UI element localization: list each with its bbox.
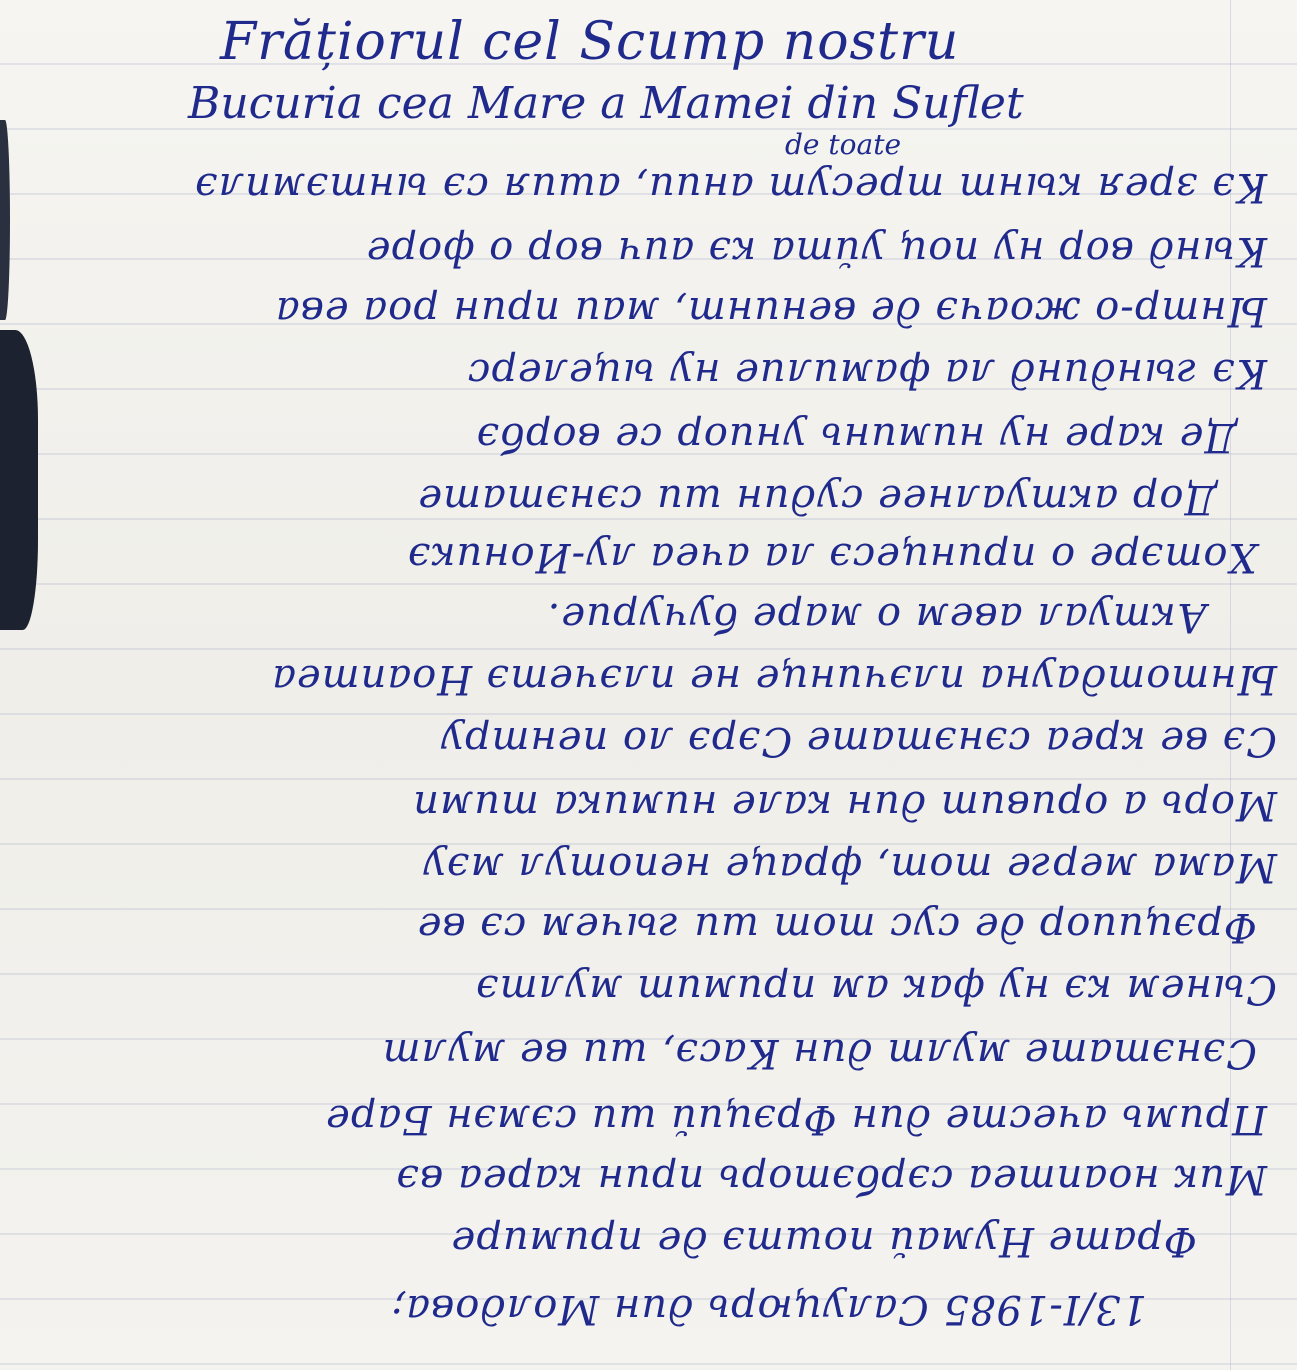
letter-line: Ынтотдауна плэчинце не плэчетэ Ноаптеа (0, 650, 1297, 710)
letter-line-text: Морь а оривит дин кале нимика тимп (412, 782, 1277, 828)
letter-line: Мама мерге тот, фраце непотул мэу (0, 838, 1297, 898)
letter-line-text: Де каре ну ниминь униор се ворбэ (476, 414, 1237, 460)
letter-line-text: Сэ ве креа сэнэтате Сэрэ ло пентру (440, 718, 1277, 764)
letter-line-text: 13/I-1985 Салуцюрь дин Молдова; (391, 1286, 1147, 1332)
letter-line-text: Кэ зрея кынт тресут ании, ашия сэ ынтэмп… (194, 164, 1267, 210)
letter-line-text: Сэнэтате мулт дин Касэ, ши ве мулт (382, 1030, 1257, 1076)
letter-line: Дор актуалнее судин ши сэнэтате (0, 470, 1297, 530)
letter-line-text: Сынем кэ ну фак ам примит мултэ (475, 966, 1277, 1012)
letter-line: Кэ зрея кынт тресут ании, ашия сэ ынтэмп… (0, 158, 1297, 218)
letter-line-text: Мик ноаптеа сэрбэторь прин кареа вэ (396, 1156, 1267, 1202)
header-line-1: Frățiorul cel Scump nostru (220, 12, 959, 72)
letter-line: Хотэре о принцесэ ла ачеа лу-Ионикэ (0, 528, 1297, 588)
letter-line: 13/I-1985 Салуцюрь дин Молдова; (0, 1280, 1297, 1340)
letter-line: Сэнэтате мулт дин Касэ, ши ве мулт (0, 1024, 1297, 1084)
letter-line: Актуал авем о маре бучурие. (0, 588, 1297, 648)
header-line-2: Bucuria cea Mare a Mamei din Suflet (188, 78, 1024, 129)
letter-line: Сынем кэ ну фак ам примит мултэ (0, 960, 1297, 1020)
letter-line-text: Фрэцииор де сус тот ши гычем сэ ве (417, 904, 1257, 950)
letter-line-text: Кэ гындинд ла фамилие ну ыцелерс (467, 350, 1267, 396)
letter-line-text: Мама мерге тот, фраце непотул мэу (422, 844, 1277, 890)
letter-line: Кэ гындинд ла фамилие ну ыцелерс (0, 344, 1297, 404)
letter-line: Морь а оривит дин кале нимика тимп (0, 776, 1297, 836)
letter-line: Фрате Нумай поштэ де примире (0, 1212, 1297, 1272)
letter-line: Мик ноаптеа сэрбэторь прин кареа вэ (0, 1150, 1297, 1210)
letter-line-text: Примь ачесте дин Фрэций ши сэмэн Баре (325, 1096, 1267, 1142)
letter-line: Кынд вор ну поц уйта кэ аич вор о форе (0, 222, 1297, 282)
letter-line: Сэ ве креа сэнэтате Сэрэ ло пентру (0, 712, 1297, 772)
letter-line-text: Хотэре о принцесэ ла ачеа лу-Ионикэ (407, 534, 1257, 580)
letter-line-text: Ынтотдауна плэчинце не плэчетэ Ноаптеа (271, 656, 1277, 702)
letter-line-text: Кынд вор ну поц уйта кэ аич вор о форе (366, 228, 1267, 274)
letter-line: Ынтр-о жоачэ де венинт, маи прин роа ева (0, 282, 1297, 342)
letter-line: Де каре ну ниминь униор се ворбэ (0, 408, 1297, 468)
letter-line-text: Фрате Нумай поштэ де примире (451, 1218, 1197, 1264)
letter-line: Примь ачесте дин Фрэций ши сэмэн Баре (0, 1090, 1297, 1150)
letter-line-text: Актуал авем о маре бучурие. (547, 594, 1207, 640)
letter-line-text: Дор актуалнее судин ши сэнэтате (417, 476, 1217, 522)
letter-line-text: Ынтр-о жоачэ де венинт, маи прин роа ева (275, 288, 1267, 334)
letter-line: Фрэцииор де сус тот ши гычем сэ ве (0, 898, 1297, 958)
header-annotation: de toate (785, 128, 901, 161)
